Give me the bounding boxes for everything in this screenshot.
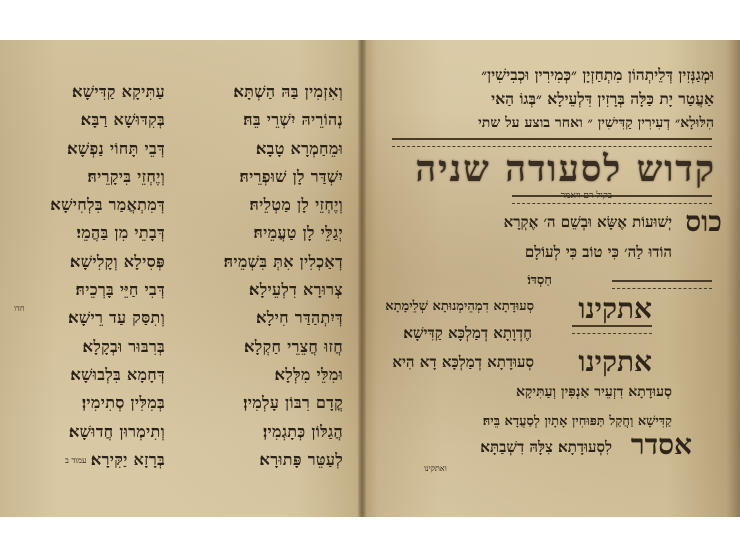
text-line: סְעוּדָתָא דִזְעֵיר אַנְפִּין וְעַתִּיקָ… — [516, 384, 672, 401]
verse-line: דְּמִתְאֲמַר בִּלְחִישָׁא׃ — [50, 191, 165, 219]
verse-line: וּמֵחַמְרָא טָבָא׃ — [224, 135, 343, 163]
book-gutter — [358, 40, 366, 517]
verse-line: וְיֶחְזֵי לָן מַטְלֵיהּ׃ — [224, 191, 343, 219]
left-page-column-right: וְאִזְמִין בַּהּ הַשְׁתָּא׃ נְהוֹרֵיהּ י… — [224, 78, 343, 474]
text-line: חַסְדּוֹ׃ — [527, 272, 552, 288]
intro-line: הִלּוּלָא״ דְעִירִין קַדִּישִׁין ״ ואחר … — [478, 111, 714, 135]
verse-line: דְּבֵי תָּחוֹי נַפְשָׁא׃ — [50, 135, 165, 163]
verse-line: וּמִלֵּי מִלְּלָא׃ — [224, 361, 343, 389]
large-word: אסדר — [631, 428, 692, 462]
catchword: ואתקינו — [424, 464, 447, 473]
verse-line: קֳדָם רִבּוֹן עָלְמִין׃ — [224, 389, 343, 417]
verse-line: פְּסִילָא וְקָלִישָׁא׃ — [50, 248, 165, 276]
right-page: וּמְגַנְּזִין דְּלֵיתְהוֹן מִתְחַזְיָן ״… — [372, 40, 732, 517]
ornament-line — [512, 195, 712, 204]
verse-line: וְתִסַּק עַד רֵישָׁא׃ — [50, 304, 165, 332]
verse-line: צְרוּרָא דִלְעֵילָא׃ — [224, 276, 343, 304]
text-line: חֶדְוָתָא דְמַלְכָּא קַדִּישָׁא׃ — [403, 324, 532, 343]
ornament-line — [572, 325, 652, 334]
text-line: קַדִּישָׁא וַחֲקַל תַּפּוּחִין אָתָיִן ל… — [483, 413, 672, 429]
verse-line: בְּקִדּוּשָׁא רַבָּא׃ — [50, 106, 165, 134]
verse-line: הֲגַלּוֹן כְּתָגְמִין׃ — [224, 418, 343, 446]
large-word: אתקינו — [578, 292, 652, 326]
verse-line: בְּרִבּוּר וּבְקָלָא׃ — [50, 333, 165, 361]
verse-line: דְּבָתֵי מִן בַּהֲמֵי׃ — [50, 219, 165, 247]
text-line: יְשׁוּעוֹת אֶשָּׂא וּבְשֵׁם ה׳ אֶקְרָא — [504, 213, 672, 232]
text-line: סְעוּדָתָא דְמַלְכָּא דָא הִיא — [392, 353, 534, 372]
catchword: עמוד ב — [65, 456, 87, 465]
verse-line: וְתִימְרוּן חֲדוּשָׁא׃ — [50, 418, 165, 446]
rubric-note: בקול רם ויאמר — [561, 190, 612, 201]
verse-line: דְּיִתְהַדַּר חִילָא׃ — [224, 304, 343, 332]
verse-line: יִשְׁדַּר לָן שׁוּפְרֵיהּ׃ — [224, 163, 343, 191]
ornament-line — [612, 280, 712, 289]
verse-line: בְּמִלִּין סְתִימִין׃ — [50, 389, 165, 417]
text-line: הוֹדוּ לַה׳ כִּי טוֹב כִּי לְעוֹלָם — [525, 243, 672, 262]
manuscript-scan: וְאִזְמִין בַּהּ הַשְׁתָּא׃ נְהוֹרֵיהּ י… — [0, 40, 740, 517]
verse-line: לְעַטֵּר פָּתוּרָא׃ — [224, 446, 343, 474]
verse-line: חֲזוּ חֲצֵרֵי חַקְלָא׃ — [224, 333, 343, 361]
text-line: סְעוּדָתָא דִמְהֵימְנוּתָא שְׁלֵימָתָא — [385, 298, 534, 314]
left-page-column-left: עַתִּיקָא קַדִּישָׁא׃ בְּקִדּוּשָׁא רַבָ… — [50, 78, 165, 474]
verse-line: דְּחָמָא בִּלְבוּשָׁא׃ — [50, 361, 165, 389]
margin-note: חדו — [14, 304, 25, 313]
intro-line: אַעֲטַר יָת כַּלָּה בְּרָזִין דִּלְעֵילָ… — [478, 87, 714, 111]
intro-text: וּמְגַנְּזִין דְּלֵיתְהוֹן מִתְחַזְיָן ״… — [478, 63, 714, 135]
verse-line: נְהוֹרֵיהּ יִשְׁרֵי בֵּהּ׃ — [224, 106, 343, 134]
large-word: אתקינו — [578, 345, 652, 379]
text-line: לִסְעוּדָתָא׃ צִלָּהּ דִשְׁבַתָּא׃ — [480, 438, 612, 457]
ornament-line — [392, 138, 712, 147]
verse-line: וְיֶחְזֵי בִּיקָרֵיהּ׃ — [50, 163, 165, 191]
intro-line: וּמְגַנְּזִין דְּלֵיתְהוֹן מִתְחַזְיָן ״… — [478, 63, 714, 87]
verse-line: דְּבִי חַיֵּי בָּרְכֵיהּ׃ — [50, 276, 165, 304]
verse-line: וְאִזְמִין בַּהּ הַשְׁתָּא׃ — [224, 78, 343, 106]
left-page: וְאִזְמִין בַּהּ הַשְׁתָּא׃ נְהוֹרֵיהּ י… — [10, 40, 355, 517]
verse-line: דְאַכְלִין אִתְּ בִּשְׁמֵיהּ׃ — [224, 248, 343, 276]
page-heading: קדוש לסעודה שניה — [415, 148, 716, 190]
large-word: כוס — [685, 205, 722, 239]
verse-line: יְגַלֵּי לָן טַעֲמֵיהּ׃ — [224, 219, 343, 247]
verse-line: עַתִּיקָא קַדִּישָׁא׃ — [50, 78, 165, 106]
